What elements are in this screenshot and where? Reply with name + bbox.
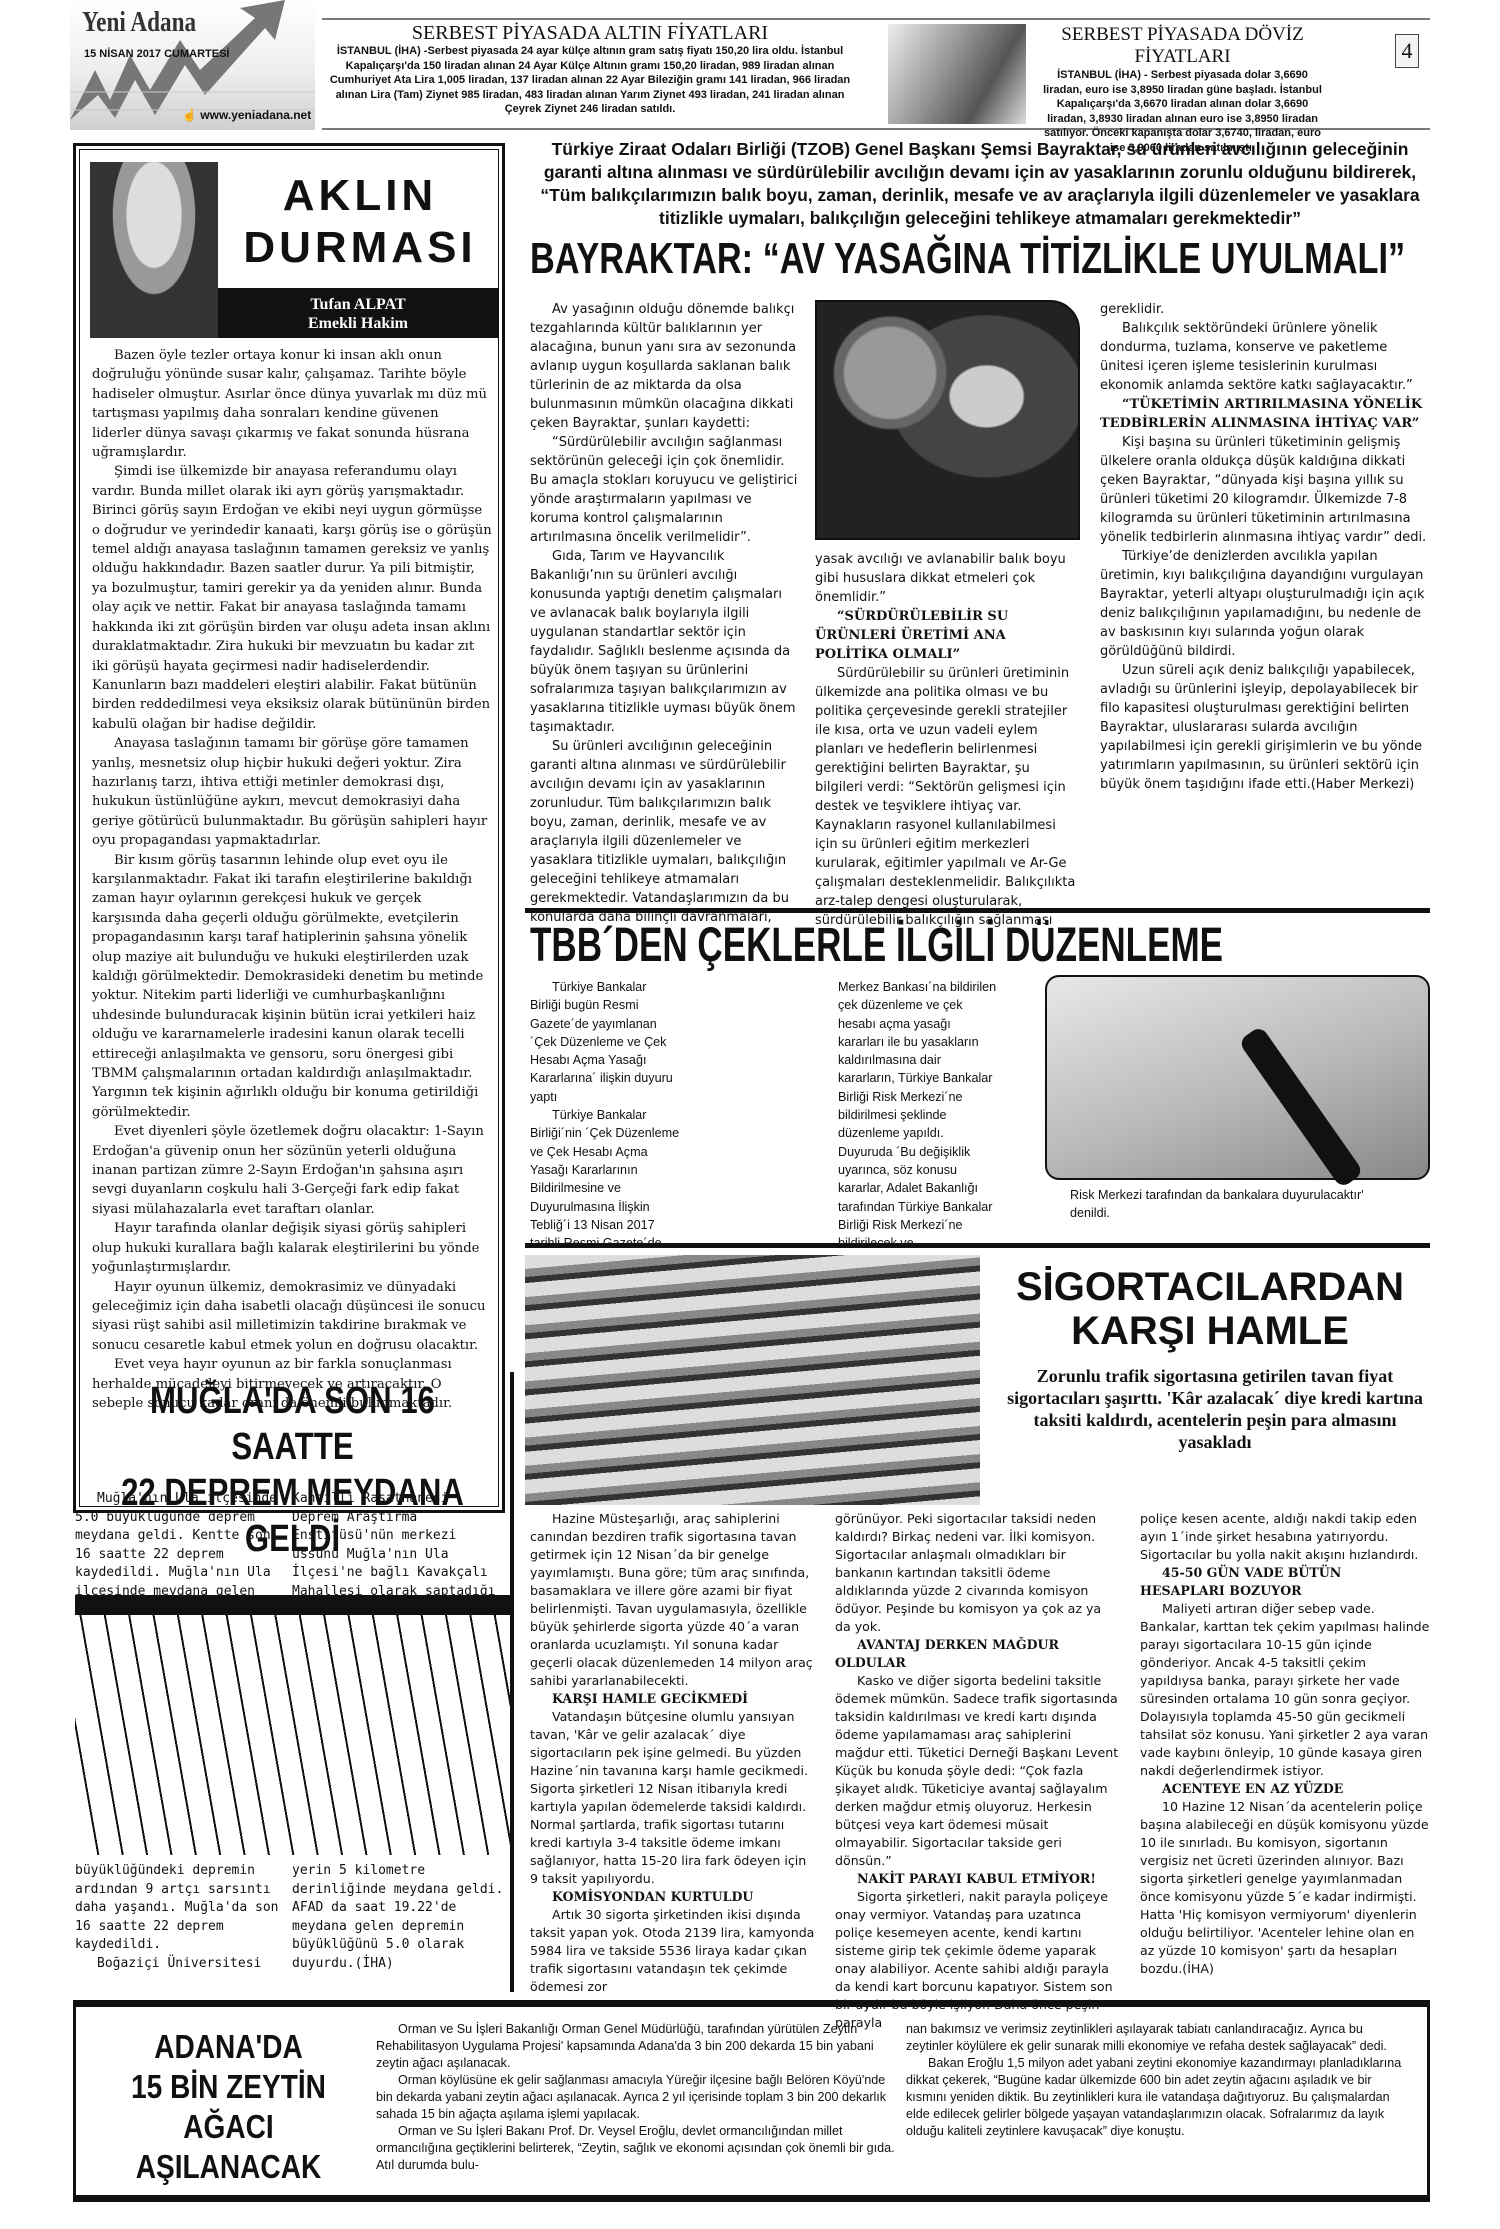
website-link[interactable]: ☝ www.yeniadana.net: [182, 108, 311, 122]
page-number: 4: [1402, 38, 1413, 63]
paragraph: büyüklüğündeki depremin ardından 9 artçı…: [75, 1862, 285, 1955]
sigorta-col2: görünüyor. Peki sigortacılar taksidi ned…: [835, 1510, 1120, 2032]
paragraph: Anayasa taslağının tamamı bir görüşe gör…: [92, 734, 492, 850]
masthead-title: Yeni Adana: [82, 6, 196, 39]
sigorta-col1: Hazine Müsteşarlığı, araç sahiplerini ca…: [530, 1510, 815, 1996]
paragraph: Sürdürülebilir su ürünleri üretiminin ül…: [815, 664, 1080, 930]
zeytin-headline-line: 15 BİN ZEYTİN: [116, 2067, 341, 2107]
bayraktar-col2: yasak avcılığı ve avlanabilir balık boyu…: [815, 550, 1080, 930]
paragraph: Şimdi ise ülkemizde bir anayasa referand…: [92, 462, 492, 734]
paragraph: gereklidir.: [1100, 300, 1430, 319]
subheading: “TÜKETİMİN ARTIRILMASINA YÖNELİK TEDBİRL…: [1100, 395, 1430, 433]
paragraph: Hazine Müsteşarlığı, araç sahiplerini ca…: [530, 1510, 815, 1690]
subheading: AVANTAJ DERKEN MAĞDUR OLDULAR: [835, 1636, 1120, 1672]
masthead-logo-block: Yeni Adana 15 NİSAN 2017 CUMARTESİ ☝ www…: [70, 0, 315, 130]
website-label: www.yeniadana.net: [200, 108, 311, 122]
tbb-col3: Risk Merkezi tarafından da bankalara duy…: [1070, 1186, 1400, 1223]
subheading: 45-50 GÜN VADE BÜTÜN HESAPLARI BOZUYOR: [1140, 1564, 1430, 1600]
paragraph: Orman ve Su İşleri Bakanı Prof. Dr. Veys…: [376, 2123, 896, 2174]
paragraph: Av yasağının olduğu dönemde balıkçı tezg…: [530, 300, 800, 433]
pen-shape: [1238, 1025, 1364, 1189]
subheading: “SÜRDÜRÜLEBİLİR SU ÜRÜNLERİ ÜRETİMİ ANA …: [815, 607, 1080, 664]
masthead: Yeni Adana 15 NİSAN 2017 CUMARTESİ ☝ www…: [70, 0, 1430, 132]
column-title-line2: DURMASI: [220, 222, 500, 274]
paragraph: Vatandaşın bütçesine olumlu yansıyan tav…: [530, 1708, 815, 1888]
paragraph: Kasko ve diğer sigorta bedelini taksitle…: [835, 1672, 1120, 1870]
paragraph: görünüyor. Peki sigortacılar taksidi ned…: [835, 1510, 1120, 1636]
paragraph: yerin 5 kilometre derinliğinde meydana g…: [292, 1862, 507, 1973]
mugla-col2-bottom: yerin 5 kilometre derinliğinde meydana g…: [292, 1862, 507, 1973]
column-body: Bazen öyle tezler ortaya konur ki insan …: [92, 346, 492, 1413]
mugla-col1-bottom: büyüklüğündeki depremin ardından 9 artçı…: [75, 1862, 285, 1973]
gold-prices-box: SERBEST PİYASADA ALTIN FİYATLARI İSTANBU…: [320, 22, 860, 117]
cheque-pen-photo: [1045, 975, 1430, 1180]
tbb-col2: Merkez Bankası´na bildirilen çek düzenle…: [838, 978, 998, 1252]
zeytin-col1: Orman ve Su İşleri Bakanlığı Orman Genel…: [376, 2021, 896, 2174]
column-title-line1: AKLIN: [220, 170, 500, 222]
hand-pointer-icon: ☝: [182, 108, 197, 122]
sigorta-headline-line1: SİGORTACILARDAN: [990, 1265, 1430, 1309]
paragraph: Uzun süreli açık deniz balıkçılığı yapab…: [1100, 661, 1430, 794]
paragraph: Evet diyenleri şöyle özetlemek doğru ola…: [92, 1122, 492, 1219]
subheading: KARŞI HAMLE GECİKMEDİ: [530, 1690, 815, 1708]
zeytin-headline-line: AŞILANACAK: [116, 2147, 341, 2187]
paragraph: Hayır tarafında olanlar değişik siyasi g…: [92, 1219, 492, 1277]
paragraph: “Sürdürülebilir avcılığın sağlanması sek…: [530, 433, 800, 547]
paragraph: nan bakımsız ve verimsiz zeytinlikleri a…: [906, 2021, 1406, 2055]
sigorta-deck: Zorunlu trafik sigortasına getirilen tav…: [1000, 1365, 1430, 1453]
author-photo: [90, 162, 218, 338]
paragraph: Gıda, Tarım ve Hayvancılık Bakanlığı’nın…: [530, 547, 800, 737]
gold-prices-title: SERBEST PİYASADA ALTIN FİYATLARI: [320, 22, 860, 44]
author-name: Tufan ALPAT: [218, 295, 498, 314]
paragraph: Merkez Bankası´na bildirilen çek düzenle…: [838, 978, 998, 1252]
paragraph: Türkiye’de denizlerden avcılıkla yapılan…: [1100, 547, 1430, 661]
column-title: AKLIN DURMASI: [220, 170, 500, 274]
paragraph: Kişi başına su ürünleri tüketiminin geli…: [1100, 433, 1430, 547]
zeytin-col2: nan bakımsız ve verimsiz zeytinlikleri a…: [906, 2021, 1406, 2140]
bayraktar-deck: Türkiye Ziraat Odaları Birliği (TZOB) Ge…: [530, 138, 1430, 230]
mugla-headline-line1: MUĞLA'DA SON 16 SAATTE: [114, 1378, 471, 1470]
fx-prices-box: SERBEST PİYASADA DÖVİZ FİYATLARI İSTANBU…: [1040, 24, 1325, 155]
paragraph: poliçe kesen acente, aldığı nakdi takip …: [1140, 1510, 1430, 1564]
zeytin-headline-line: ADANA'DA: [116, 2027, 341, 2067]
sigorta-headline-line2: KARŞI HAMLE: [990, 1309, 1430, 1353]
paragraph: Türkiye Bankalar Birliği bugün Resmi Gaz…: [530, 978, 680, 1106]
gold-prices-text: İSTANBUL (İHA) -Serbest piyasada 24 ayar…: [320, 44, 860, 117]
subheading: KOMİSYONDAN KURTULDU: [530, 1888, 815, 1906]
opinion-column: AKLIN DURMASI Tufan ALPAT Emekli Hakim B…: [73, 143, 505, 1513]
bayraktar-col1: Av yasağının olduğu dönemde balıkçı tezg…: [530, 300, 800, 927]
author-banner: Tufan ALPAT Emekli Hakim: [218, 288, 498, 338]
zeytin-headline: ADANA'DA 15 BİN ZEYTİN AĞACI AŞILANACAK: [96, 2027, 361, 2187]
paragraph: Bir kısım görüş tasarının lehinde olup e…: [92, 851, 492, 1123]
paragraph: Risk Merkezi tarafından da bankalara duy…: [1070, 1186, 1400, 1223]
paragraph: Boğaziçi Üniversitesi: [75, 1955, 285, 1974]
tbb-headline: TBB´DEN ÇEKLERLE İLGİLİ DÜZENLEME: [530, 920, 1223, 972]
paragraph: Bazen öyle tezler ortaya konur ki insan …: [92, 346, 492, 462]
seismograph-photo: [75, 1595, 510, 1855]
sigorta-col3: poliçe kesen acente, aldığı nakdi takip …: [1140, 1510, 1430, 1978]
paragraph: Orman köylüsüne ek gelir sağlanması amac…: [376, 2072, 896, 2123]
masthead-date: 15 NİSAN 2017 CUMARTESİ: [84, 48, 230, 60]
paragraph: 10 Hazine 12 Nisan´da acentelerin poliçe…: [1140, 1798, 1430, 1978]
page-number-badge: 4: [1395, 34, 1419, 68]
subheading: ACENTEYE EN AZ YÜZDE: [1140, 1780, 1430, 1798]
paragraph: Bakan Eroğlu 1,5 milyon adet yabani zeyt…: [906, 2055, 1406, 2140]
zeytin-headline-line: AĞACI: [116, 2107, 341, 2147]
zeytin-box: ADANA'DA 15 BİN ZEYTİN AĞACI AŞILANACAK …: [73, 2000, 1430, 2202]
bayraktar-photo: [815, 300, 1080, 540]
paragraph: Su ürünleri avcılığının geleceğinin gara…: [530, 737, 800, 927]
paragraph: yasak avcılığı ve avlanabilir balık boyu…: [815, 550, 1080, 607]
bayraktar-col3: gereklidir. Balıkçılık sektöründeki ürün…: [1100, 300, 1430, 794]
bayraktar-headline: BAYRAKTAR: “AV YASAĞINA TİTİZLİKLE UYULM…: [530, 232, 1232, 286]
subheading: NAKİT PARAYI KABUL ETMİYOR!: [835, 1870, 1120, 1888]
paragraph: Orman ve Su İşleri Bakanlığı Orman Genel…: [376, 2021, 896, 2072]
paragraph: Balıkçılık sektöründeki ürünlere yönelik…: [1100, 319, 1430, 395]
paragraph: Maliyeti artıran diğer sebep vade. Banka…: [1140, 1600, 1430, 1780]
sigorta-headline: SİGORTACILARDAN KARŞI HAMLE: [990, 1265, 1430, 1353]
paragraph: Artık 30 sigorta şirketinden ikisi dışın…: [530, 1906, 815, 1996]
parked-cars-photo: [525, 1255, 980, 1505]
author-title: Emekli Hakim: [218, 314, 498, 333]
money-photo: [888, 24, 1026, 124]
fx-prices-title: SERBEST PİYASADA DÖVİZ FİYATLARI: [1040, 24, 1325, 68]
paragraph: Hayır oyunun ülkemiz, demokrasimiz ve dü…: [92, 1278, 492, 1356]
